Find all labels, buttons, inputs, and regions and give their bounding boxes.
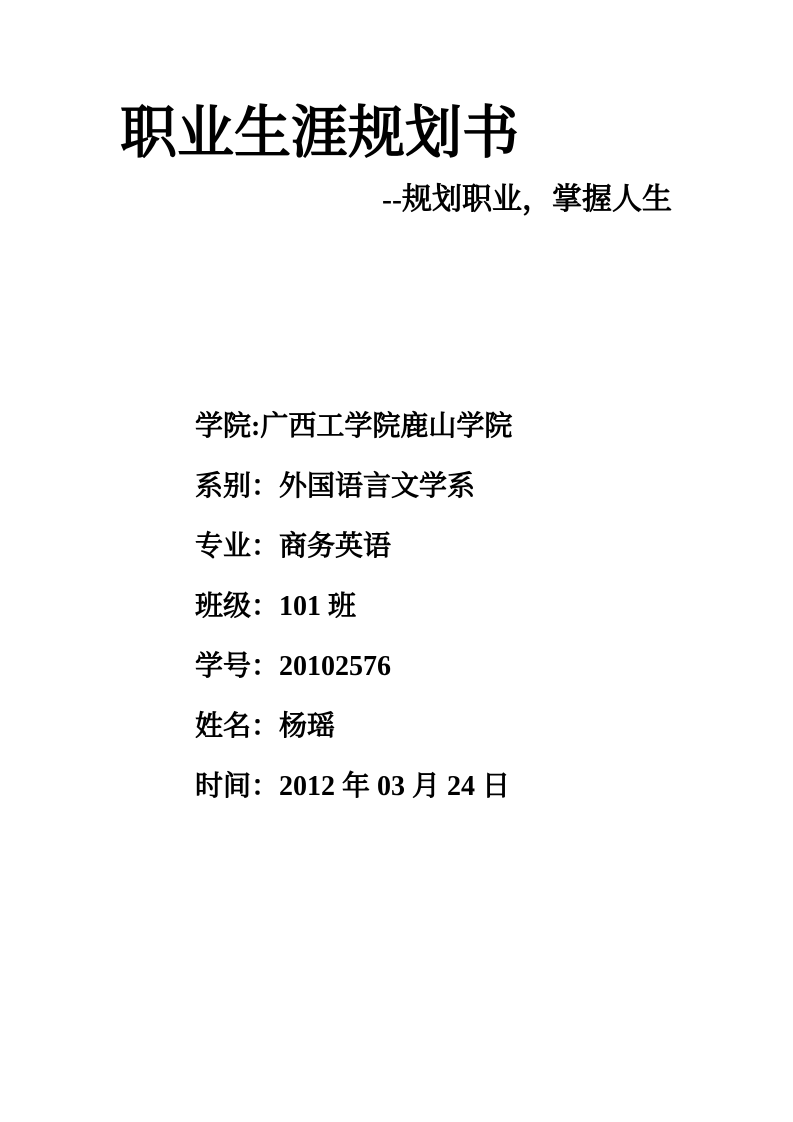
field-college-value: 广西工学院鹿山学院: [260, 411, 512, 442]
field-department: 系别：外国语言文学系: [195, 457, 512, 517]
info-fields: 学院:广西工学院鹿山学院 系别：外国语言文学系 专业：商务英语 班级：101 班…: [195, 397, 512, 817]
field-date-colon: ：: [251, 771, 279, 802]
field-major-value: 商务英语: [279, 531, 391, 562]
field-department-label: 系别: [195, 471, 251, 502]
document-subtitle: --规划职业，掌握人生: [382, 183, 672, 216]
field-name: 姓名：杨瑶: [195, 697, 512, 757]
field-student-id: 学号：20102576: [195, 637, 512, 697]
field-college-label: 学院: [195, 411, 251, 442]
field-date-value: 2012 年 03 月 24 日: [279, 771, 510, 802]
document-page: 职业生涯规划书 --规划职业，掌握人生 学院:广西工学院鹿山学院 系别：外国语言…: [0, 0, 793, 1122]
field-major-label: 专业: [195, 531, 251, 562]
field-name-value: 杨瑶: [279, 711, 335, 742]
field-student-id-label: 学号: [195, 651, 251, 682]
field-name-colon: ：: [251, 711, 279, 742]
field-date: 时间：2012 年 03 月 24 日: [195, 757, 512, 817]
field-class: 班级：101 班: [195, 577, 512, 637]
field-date-label: 时间: [195, 771, 251, 802]
field-name-label: 姓名: [195, 711, 251, 742]
field-student-id-value: 20102576: [279, 651, 391, 682]
field-department-value: 外国语言文学系: [279, 471, 475, 502]
field-college-colon: :: [251, 411, 260, 442]
field-major-colon: ：: [251, 531, 279, 562]
field-class-value: 101 班: [279, 591, 356, 622]
field-major: 专业：商务英语: [195, 517, 512, 577]
field-student-id-colon: ：: [251, 651, 279, 682]
field-class-label: 班级: [195, 591, 251, 622]
field-department-colon: ：: [251, 471, 279, 502]
field-class-colon: ：: [251, 591, 279, 622]
field-college: 学院:广西工学院鹿山学院: [195, 397, 512, 457]
document-title: 职业生涯规划书: [120, 104, 519, 164]
